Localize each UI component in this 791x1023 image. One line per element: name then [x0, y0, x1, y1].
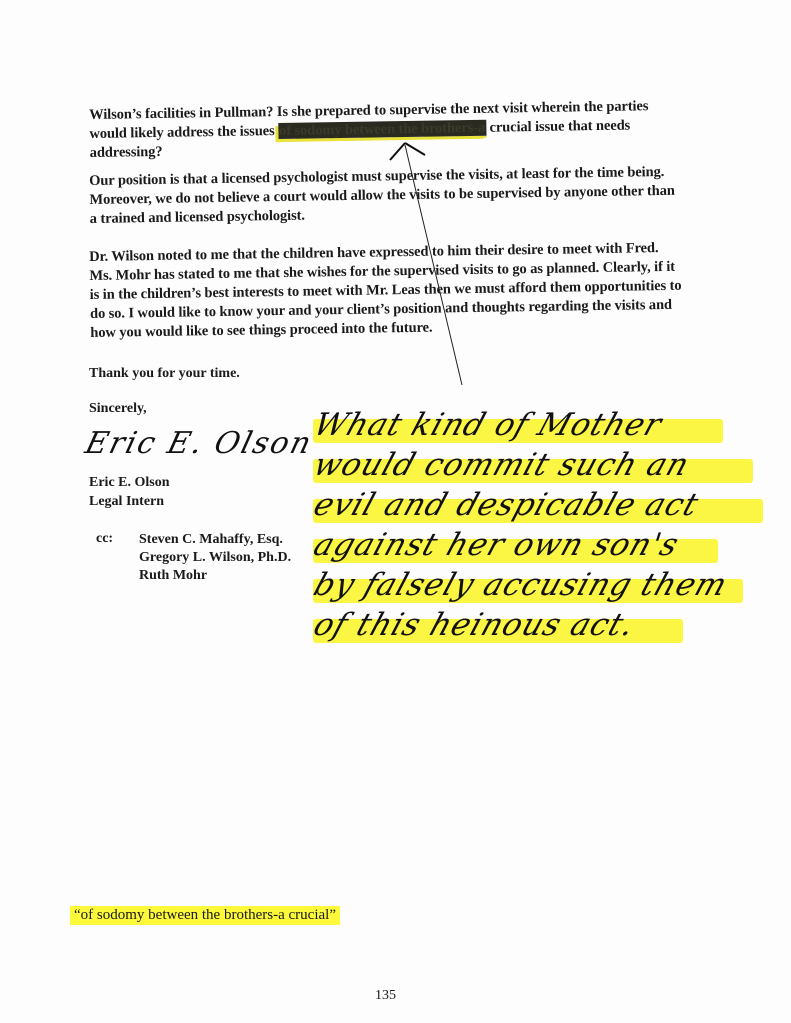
- note-line: evil and despicable act: [305, 485, 775, 525]
- redacted-highlighted-phrase: of sodomy between the brothers-a: [278, 120, 486, 139]
- note-line: against her own son's: [305, 525, 775, 565]
- note-text: against her own son's: [309, 527, 684, 563]
- cc-recipient: Steven C. Mahaffy, Esq.: [139, 531, 291, 549]
- signer-title: Legal Intern: [89, 494, 164, 510]
- note-line: What kind of Mother: [305, 405, 775, 445]
- handwritten-signature: Eric E. Olson: [82, 426, 317, 461]
- page-number: 135: [375, 988, 396, 1004]
- note-text: evil and despicable act: [309, 487, 703, 523]
- scanned-letter-page: Wilson’s facilities in Pullman? Is she p…: [0, 0, 791, 1023]
- line-tail: crucial issue that needs: [486, 118, 630, 136]
- note-line: by falsely accusing them: [305, 565, 775, 605]
- cc-recipient: Ruth Mohr: [139, 567, 291, 585]
- quoted-caption: “of sodomy between the brothers-a crucia…: [70, 906, 340, 925]
- paragraph-2: Our position is that a licensed psycholo…: [89, 163, 675, 229]
- note-text: of this heinous act.: [309, 607, 640, 643]
- cc-label: cc:: [96, 531, 113, 547]
- note-text: would commit such an: [309, 447, 694, 483]
- signer-name: Eric E. Olson: [89, 475, 170, 491]
- paragraph-3: Dr. Wilson noted to me that the children…: [89, 239, 682, 343]
- handwritten-highlighted-note: What kind of Mother would commit such an…: [305, 405, 775, 645]
- note-line: would commit such an: [305, 445, 775, 485]
- sign-off: Sincerely,: [89, 401, 147, 417]
- note-text: by falsely accusing them: [309, 567, 732, 603]
- paragraph-1: Wilson’s facilities in Pullman? Is she p…: [89, 97, 649, 163]
- note-line: of this heinous act.: [305, 605, 775, 645]
- thank-you-line: Thank you for your time.: [89, 366, 240, 382]
- cc-list: Steven C. Mahaffy, Esq. Gregory L. Wilso…: [139, 531, 291, 585]
- line-text: would likely address the issues: [89, 123, 278, 142]
- note-text: What kind of Mother: [309, 407, 667, 443]
- cc-recipient: Gregory L. Wilson, Ph.D.: [139, 549, 291, 567]
